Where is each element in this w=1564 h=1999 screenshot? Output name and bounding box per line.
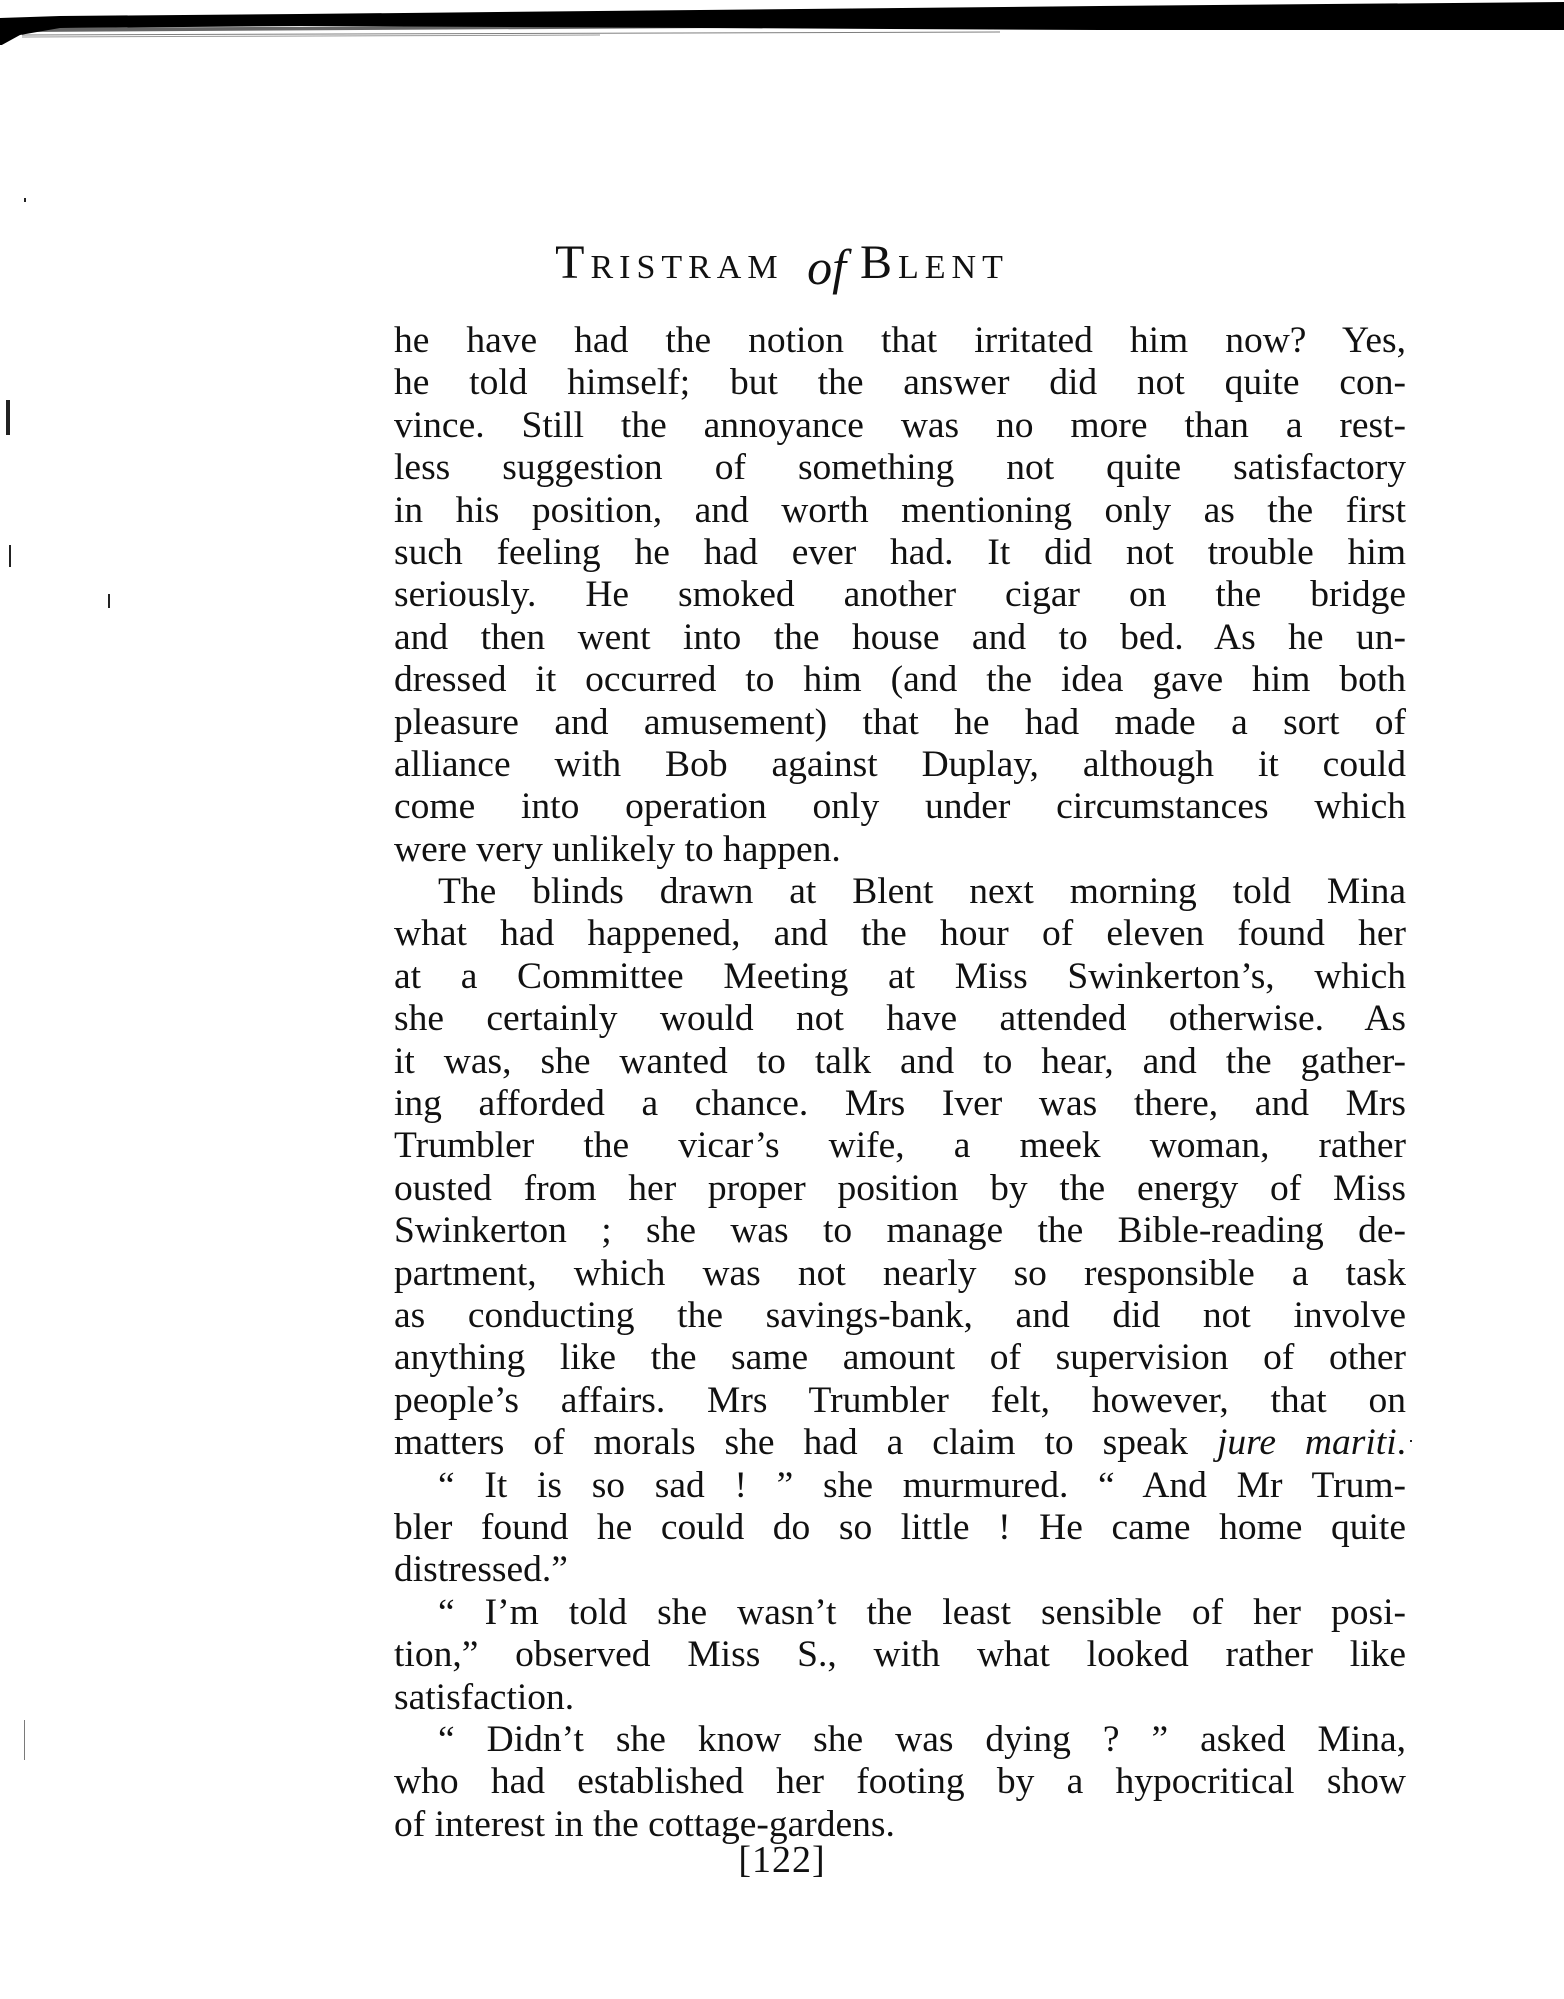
text-line: people’s affairs. Mrs Trumbler felt, how… bbox=[394, 1380, 1406, 1422]
text-line-content: bler found he could do so little ! He ca… bbox=[394, 1507, 1406, 1548]
text-line-content: seriously. He smoked another cigar on th… bbox=[394, 574, 1406, 615]
scan-speck bbox=[9, 545, 11, 567]
text-line-content: less suggestion of something not quite s… bbox=[394, 447, 1406, 488]
text-line-content: satisfaction. bbox=[394, 1677, 574, 1718]
text-line-content: tion,” observed Miss S., with what looke… bbox=[394, 1634, 1406, 1675]
scan-speck bbox=[24, 1720, 25, 1760]
text-line-content: ing afforded a chance. Mrs Iver was ther… bbox=[394, 1083, 1406, 1124]
text-line-content: Trumbler the vicar’s wife, a meek woman,… bbox=[394, 1125, 1406, 1166]
text-line: in his position, and worth mentioning on… bbox=[394, 490, 1406, 532]
text-line: it was, she wanted to talk and to hear, … bbox=[394, 1041, 1406, 1083]
running-head-connector: of bbox=[807, 239, 846, 295]
text-line: alliance with Bob against Duplay, althou… bbox=[394, 744, 1406, 786]
text-line: ing afforded a chance. Mrs Iver was ther… bbox=[394, 1083, 1406, 1125]
italic-phrase: jure mariti bbox=[1217, 1422, 1397, 1463]
text-line: he told himself; but the answer did not … bbox=[394, 362, 1406, 404]
text-line: Trumbler the vicar’s wife, a meek woman,… bbox=[394, 1125, 1406, 1167]
text-line: such feeling he had ever had. It did not… bbox=[394, 532, 1406, 574]
text-line: at a Committee Meeting at Miss Swinkerto… bbox=[394, 956, 1406, 998]
text-line-content: alliance with Bob against Duplay, althou… bbox=[394, 744, 1406, 785]
text-line: distressed.” bbox=[394, 1549, 1406, 1591]
text-line: “ It is so sad ! ” she murmured. “ And M… bbox=[394, 1465, 1406, 1507]
running-head-cap-2: B bbox=[860, 236, 898, 289]
text-line: dressed it occurred to him (and the idea… bbox=[394, 659, 1406, 701]
text-line: were very unlikely to happen. bbox=[394, 829, 1406, 871]
text-line: anything like the same amount of supervi… bbox=[394, 1337, 1406, 1379]
text-line-content: “ I’m told she wasn’t the least sensible… bbox=[438, 1592, 1406, 1633]
scan-speck bbox=[6, 400, 10, 435]
text-line: “ I’m told she wasn’t the least sensible… bbox=[394, 1592, 1406, 1634]
scan-edge-shadow bbox=[0, 0, 1564, 45]
text-line: ousted from her proper position by the e… bbox=[394, 1168, 1406, 1210]
text-line: partment, which was not nearly so respon… bbox=[394, 1253, 1406, 1295]
text-line-content: matters of morals she had a claim to spe… bbox=[394, 1422, 1217, 1463]
text-line-content: such feeling he had ever had. It did not… bbox=[394, 532, 1406, 573]
text-line: tion,” observed Miss S., with what looke… bbox=[394, 1634, 1406, 1676]
text-line: and then went into the house and to bed.… bbox=[394, 617, 1406, 659]
text-line: as conducting the savings-bank, and did … bbox=[394, 1295, 1406, 1337]
text-line-content: The blinds drawn at Blent next morning t… bbox=[438, 871, 1406, 912]
text-line-content: and then went into the house and to bed.… bbox=[394, 617, 1406, 658]
text-line-content: Swinkerton ; she was to manage the Bible… bbox=[394, 1210, 1406, 1251]
text-line: Swinkerton ; she was to manage the Bible… bbox=[394, 1210, 1406, 1252]
text-line: bler found he could do so little ! He ca… bbox=[394, 1507, 1406, 1549]
text-line: come into operation only under circumsta… bbox=[394, 786, 1406, 828]
text-line-content: as conducting the savings-bank, and did … bbox=[394, 1295, 1406, 1336]
text-line: she certainly would not have attended ot… bbox=[394, 998, 1406, 1040]
scan-speck bbox=[108, 594, 110, 608]
text-line-content: people’s affairs. Mrs Trumbler felt, how… bbox=[394, 1380, 1406, 1421]
text-line-content: who had established her footing by a hyp… bbox=[394, 1761, 1406, 1802]
text-line-content: pleasure and amusement) that he had made… bbox=[394, 702, 1406, 743]
text-line-content: ousted from her proper position by the e… bbox=[394, 1168, 1406, 1209]
text-line: satisfaction. bbox=[394, 1677, 1406, 1719]
running-head-cap-1: T bbox=[555, 236, 590, 289]
punctuation: . bbox=[1397, 1422, 1406, 1463]
scan-speck bbox=[24, 198, 26, 202]
text-line-content: what had happened, and the hour of eleve… bbox=[394, 913, 1406, 954]
scan-speck bbox=[1410, 1440, 1412, 1442]
text-line-content: he have had the notion that irritated hi… bbox=[394, 320, 1406, 361]
body-text: he have had the notion that irritated hi… bbox=[394, 320, 1406, 1846]
text-line: seriously. He smoked another cigar on th… bbox=[394, 574, 1406, 616]
page-number: [122] bbox=[0, 1838, 1564, 1882]
text-line-content: distressed.” bbox=[394, 1549, 568, 1590]
text-line-content: in his position, and worth mentioning on… bbox=[394, 490, 1406, 531]
text-line-content: vince. Still the annoyance was no more t… bbox=[394, 405, 1406, 446]
text-line-content: anything like the same amount of supervi… bbox=[394, 1337, 1406, 1378]
running-head: TRISTRAM ofBLENT bbox=[0, 232, 1564, 290]
text-line: “ Didn’t she know she was dying ? ” aske… bbox=[394, 1719, 1406, 1761]
running-head-word-2: LENT bbox=[898, 249, 1009, 286]
text-line-content: “ Didn’t she know she was dying ? ” aske… bbox=[438, 1719, 1406, 1760]
text-line-content: come into operation only under circumsta… bbox=[394, 786, 1406, 827]
text-line: less suggestion of something not quite s… bbox=[394, 447, 1406, 489]
text-line-content: he told himself; but the answer did not … bbox=[394, 362, 1406, 403]
text-line-content: were very unlikely to happen. bbox=[394, 829, 841, 870]
text-line: he have had the notion that irritated hi… bbox=[394, 320, 1406, 362]
text-line-content: “ It is so sad ! ” she murmured. “ And M… bbox=[438, 1465, 1406, 1506]
text-line-content: it was, she wanted to talk and to hear, … bbox=[394, 1041, 1406, 1082]
text-line: vince. Still the annoyance was no more t… bbox=[394, 405, 1406, 447]
text-line-content: dressed it occurred to him (and the idea… bbox=[394, 659, 1406, 700]
text-line-content: partment, which was not nearly so respon… bbox=[394, 1253, 1406, 1294]
text-line: who had established her footing by a hyp… bbox=[394, 1761, 1406, 1803]
text-line-content: she certainly would not have attended ot… bbox=[394, 998, 1406, 1039]
text-line: The blinds drawn at Blent next morning t… bbox=[394, 871, 1406, 913]
text-line: matters of morals she had a claim to spe… bbox=[394, 1422, 1406, 1464]
running-head-word-1: RISTRAM bbox=[590, 249, 783, 286]
text-line: what had happened, and the hour of eleve… bbox=[394, 913, 1406, 955]
text-line-content: at a Committee Meeting at Miss Swinkerto… bbox=[394, 956, 1406, 997]
text-line: pleasure and amusement) that he had made… bbox=[394, 702, 1406, 744]
